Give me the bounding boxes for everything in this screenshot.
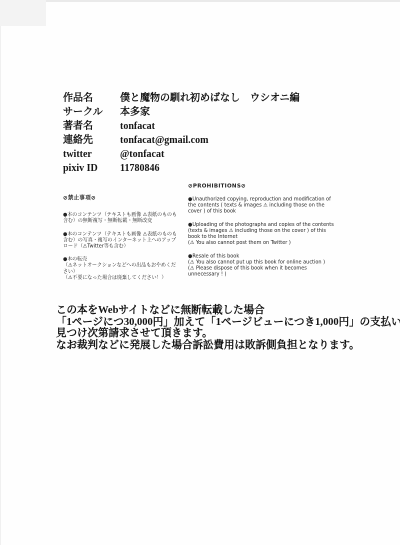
- credit-label: 著者名: [63, 120, 120, 134]
- credit-label: サークル: [63, 106, 120, 120]
- credit-row-pixiv: pixiv ID 11780846: [63, 162, 300, 176]
- prohibitions-japanese-column: ⊘禁止事項⊘ ●本のコンテンツ（テキストも画像 ⚠表紙のものも含む）の無断複写・…: [63, 193, 179, 288]
- credit-row-circle: サークル 本多家: [63, 106, 300, 120]
- warning-line-lawsuit: なお裁判などに発展した場合訴訟費用は敗訴側負担となります。: [56, 340, 400, 352]
- credit-label: 連絡先: [63, 134, 120, 148]
- repost-penalty-notice: この本をWebサイトなどに無断転載した場合 「1ページにつ30,000円」加えて…: [56, 305, 400, 351]
- prohibition-jp-item-copying: ●本のコンテンツ（テキストも画像 ⚠表紙のものも含む）の無断複写・無断転載・無断…: [63, 212, 179, 224]
- credits-block: 作品名 僕と魔物の馴れ初めばなし ウシオニ編 サークル 本多家 著者名 tonf…: [63, 92, 300, 176]
- warning-line-condition: この本をWebサイトなどに無断転載した場合: [56, 305, 400, 317]
- prohibition-jp-item-uploading: ●本のコンテンツ（テキストも画像 ⚠表紙のものも含む）の写真・複写のインターネッ…: [63, 232, 179, 250]
- scan-edge-artifact-left: [0, 0, 1, 545]
- colophon-page: 作品名 僕と魔物の馴れ初めばなし ウシオニ編 サークル 本多家 著者名 tonf…: [0, 0, 400, 545]
- credit-label: pixiv ID: [63, 162, 120, 176]
- warning-line-billing: 見つけ次第請求させて頂きます。: [56, 328, 400, 340]
- prohibition-jp-item-resale: ●本の転売 （⚠ネットオークションなどへの出品もおやめください） （⚠不要になっ…: [63, 257, 179, 281]
- work-title-value: 僕と魔物の馴れ初めばなし ウシオニ編: [120, 92, 300, 106]
- credit-row-twitter: twitter @tonfacat: [63, 148, 300, 162]
- circle-name-value: 本多家: [120, 106, 150, 120]
- scan-edge-artifact-top: [0, 0, 400, 2]
- warning-line-fees: 「1ページにつ30,000円」加えて「1ページビューにつき1,000円」の支払い…: [56, 317, 400, 329]
- prohibitions-jp-header: ⊘禁止事項⊘: [63, 193, 179, 201]
- credit-row-contact: 連絡先 tonfacat@gmail.com: [63, 134, 300, 148]
- prohibition-en-item-resale: ●Resale of this book (⚠ You also cannot …: [188, 253, 338, 277]
- credit-row-title: 作品名 僕と魔物の馴れ初めばなし ウシオニ編: [63, 92, 300, 106]
- author-name-value: tonfacat: [120, 120, 155, 134]
- scan-corner-artifact: [0, 0, 46, 26]
- prohibitions-english-column: ⊘PROHIBITIONS⊘ ●Unauthorized copying, re…: [188, 183, 338, 285]
- contact-email-value: tonfacat@gmail.com: [120, 134, 208, 148]
- prohibition-en-item-uploading: ●Uploading of the photographs and copies…: [188, 222, 338, 246]
- prohibitions-en-header: ⊘PROHIBITIONS⊘: [188, 183, 338, 189]
- credit-label: twitter: [63, 148, 120, 162]
- credit-row-author: 著者名 tonfacat: [63, 120, 300, 134]
- twitter-handle-value: @tonfacat: [120, 148, 164, 162]
- pixiv-id-value: 11780846: [120, 162, 159, 176]
- credit-label: 作品名: [63, 92, 120, 106]
- prohibition-en-item-copying: ●Unauthorized copying, reproduction and …: [188, 197, 338, 215]
